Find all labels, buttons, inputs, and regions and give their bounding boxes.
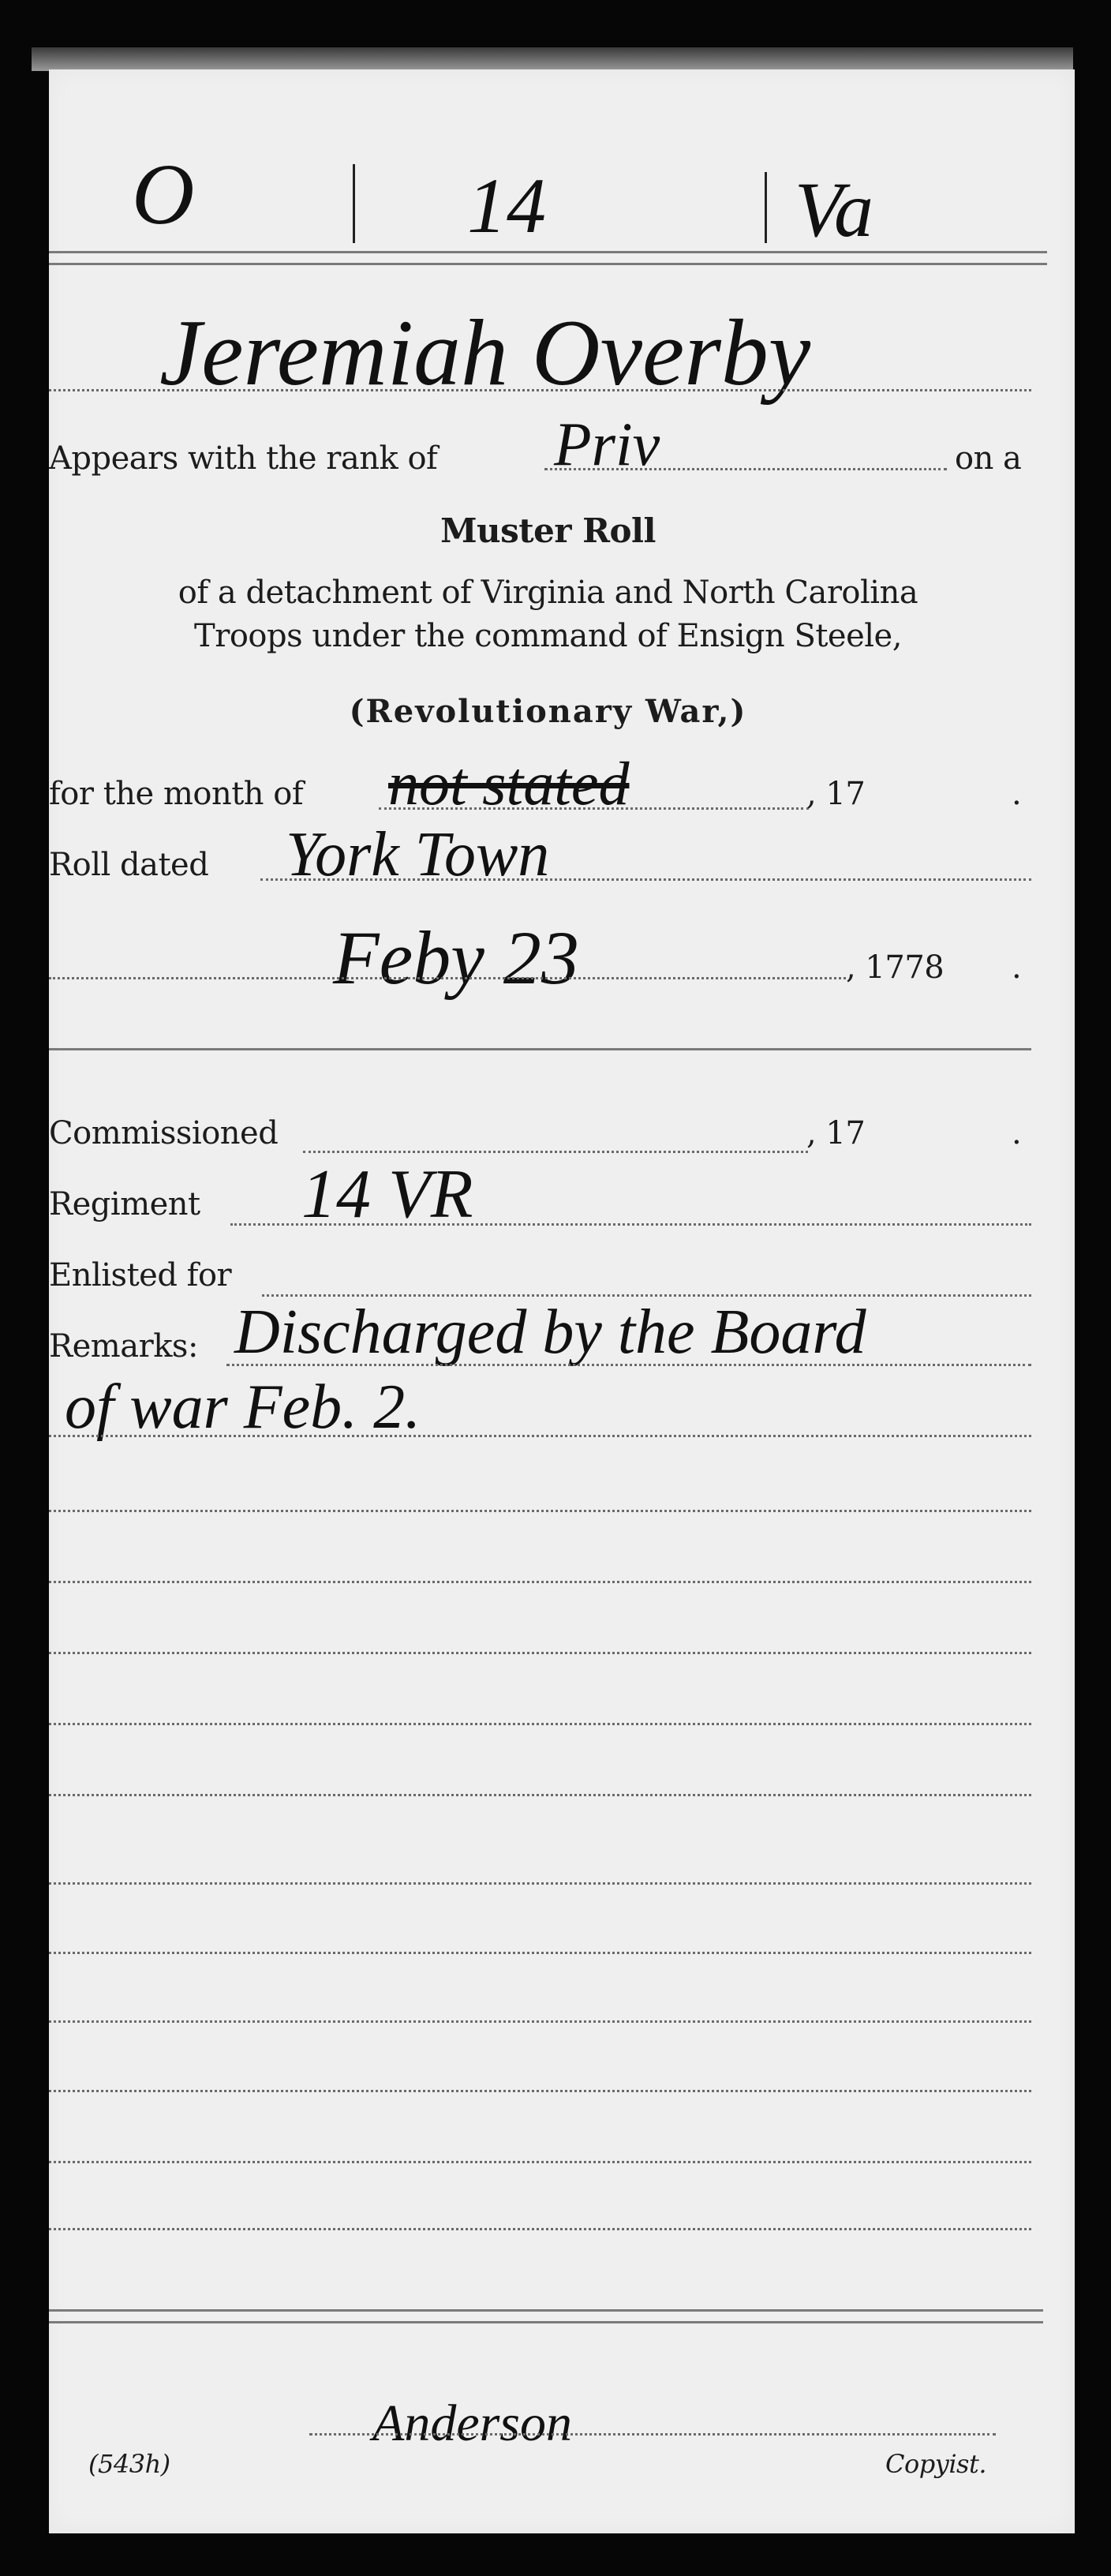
regiment-value: 14 VR [301, 1155, 473, 1234]
form-description-line-1: of a detachment of Virginia and North Ca… [49, 575, 1047, 611]
month-line [379, 807, 809, 810]
roll-dated-end: . [1012, 949, 1021, 986]
commissioned-year-prefix: , 17 [806, 1115, 865, 1151]
blank-line [49, 1794, 1031, 1796]
muster-roll-card: O 14 Va Jeremiah Overby Appears with the… [49, 69, 1075, 2533]
remarks-line-1: Discharged by the Board [234, 1297, 866, 1368]
regiment-line [230, 1223, 1031, 1226]
section-rule [49, 1048, 1031, 1050]
copyist-signature: Anderson [372, 2394, 572, 2454]
blank-line [49, 2161, 1031, 2163]
month-end: . [1012, 776, 1021, 812]
blank-line [49, 1723, 1031, 1725]
rank-suffix: on a [955, 440, 1021, 477]
blank-line [49, 1952, 1031, 1954]
footer-rule-bottom [49, 2321, 1043, 2323]
header-divider-1 [353, 164, 355, 243]
roll-place-line [260, 878, 1031, 881]
roll-dated-date: Feby 23 [333, 914, 579, 1002]
remarks-rule-2 [49, 1435, 1031, 1437]
signature-line [309, 2433, 996, 2436]
blank-line [49, 2090, 1031, 2092]
remarks-rule-1 [226, 1364, 1031, 1366]
roll-dated-year: , 1778 [846, 949, 944, 986]
header-field-1: O [132, 144, 194, 245]
name-line [49, 389, 1031, 391]
regiment-label: Regiment [49, 1186, 200, 1222]
remarks-line-2: of war Feb. 2. [65, 1372, 421, 1443]
header-field-2: 14 [467, 160, 546, 251]
footer-rule-top [49, 2309, 1043, 2312]
form-title: Muster Roll [49, 511, 1047, 550]
commissioned-end: . [1012, 1115, 1021, 1151]
blank-line [49, 1581, 1031, 1583]
war-label: (Revolutionary War,) [49, 693, 1047, 730]
blank-line [49, 2228, 1031, 2230]
commissioned-line [303, 1151, 808, 1153]
copyist-label: Copyist. [885, 2449, 986, 2479]
roll-dated-label: Roll dated [49, 847, 208, 883]
blank-line [49, 1882, 1031, 1885]
roll-date-line [49, 977, 846, 979]
blank-line [49, 2020, 1031, 2023]
commissioned-label: Commissioned [49, 1115, 278, 1151]
rank-label: Appears with the rank of [49, 440, 437, 477]
header-rule-bottom [49, 263, 1047, 265]
form-number: (543h) [88, 2449, 170, 2479]
header-field-3: Va [795, 164, 873, 255]
month-year-prefix: , 17 [806, 776, 865, 812]
rank-line [544, 468, 947, 470]
enlisted-for-label: Enlisted for [49, 1257, 231, 1294]
blank-line [49, 1652, 1031, 1654]
header-divider-2 [765, 172, 767, 243]
remarks-label: Remarks: [49, 1328, 198, 1365]
month-label: for the month of [49, 776, 303, 812]
blank-line [49, 1510, 1031, 1512]
scan-top-edge [32, 47, 1073, 71]
form-description-line-2: Troops under the command of Ensign Steel… [49, 618, 1047, 654]
header-rule-top [49, 251, 1047, 253]
